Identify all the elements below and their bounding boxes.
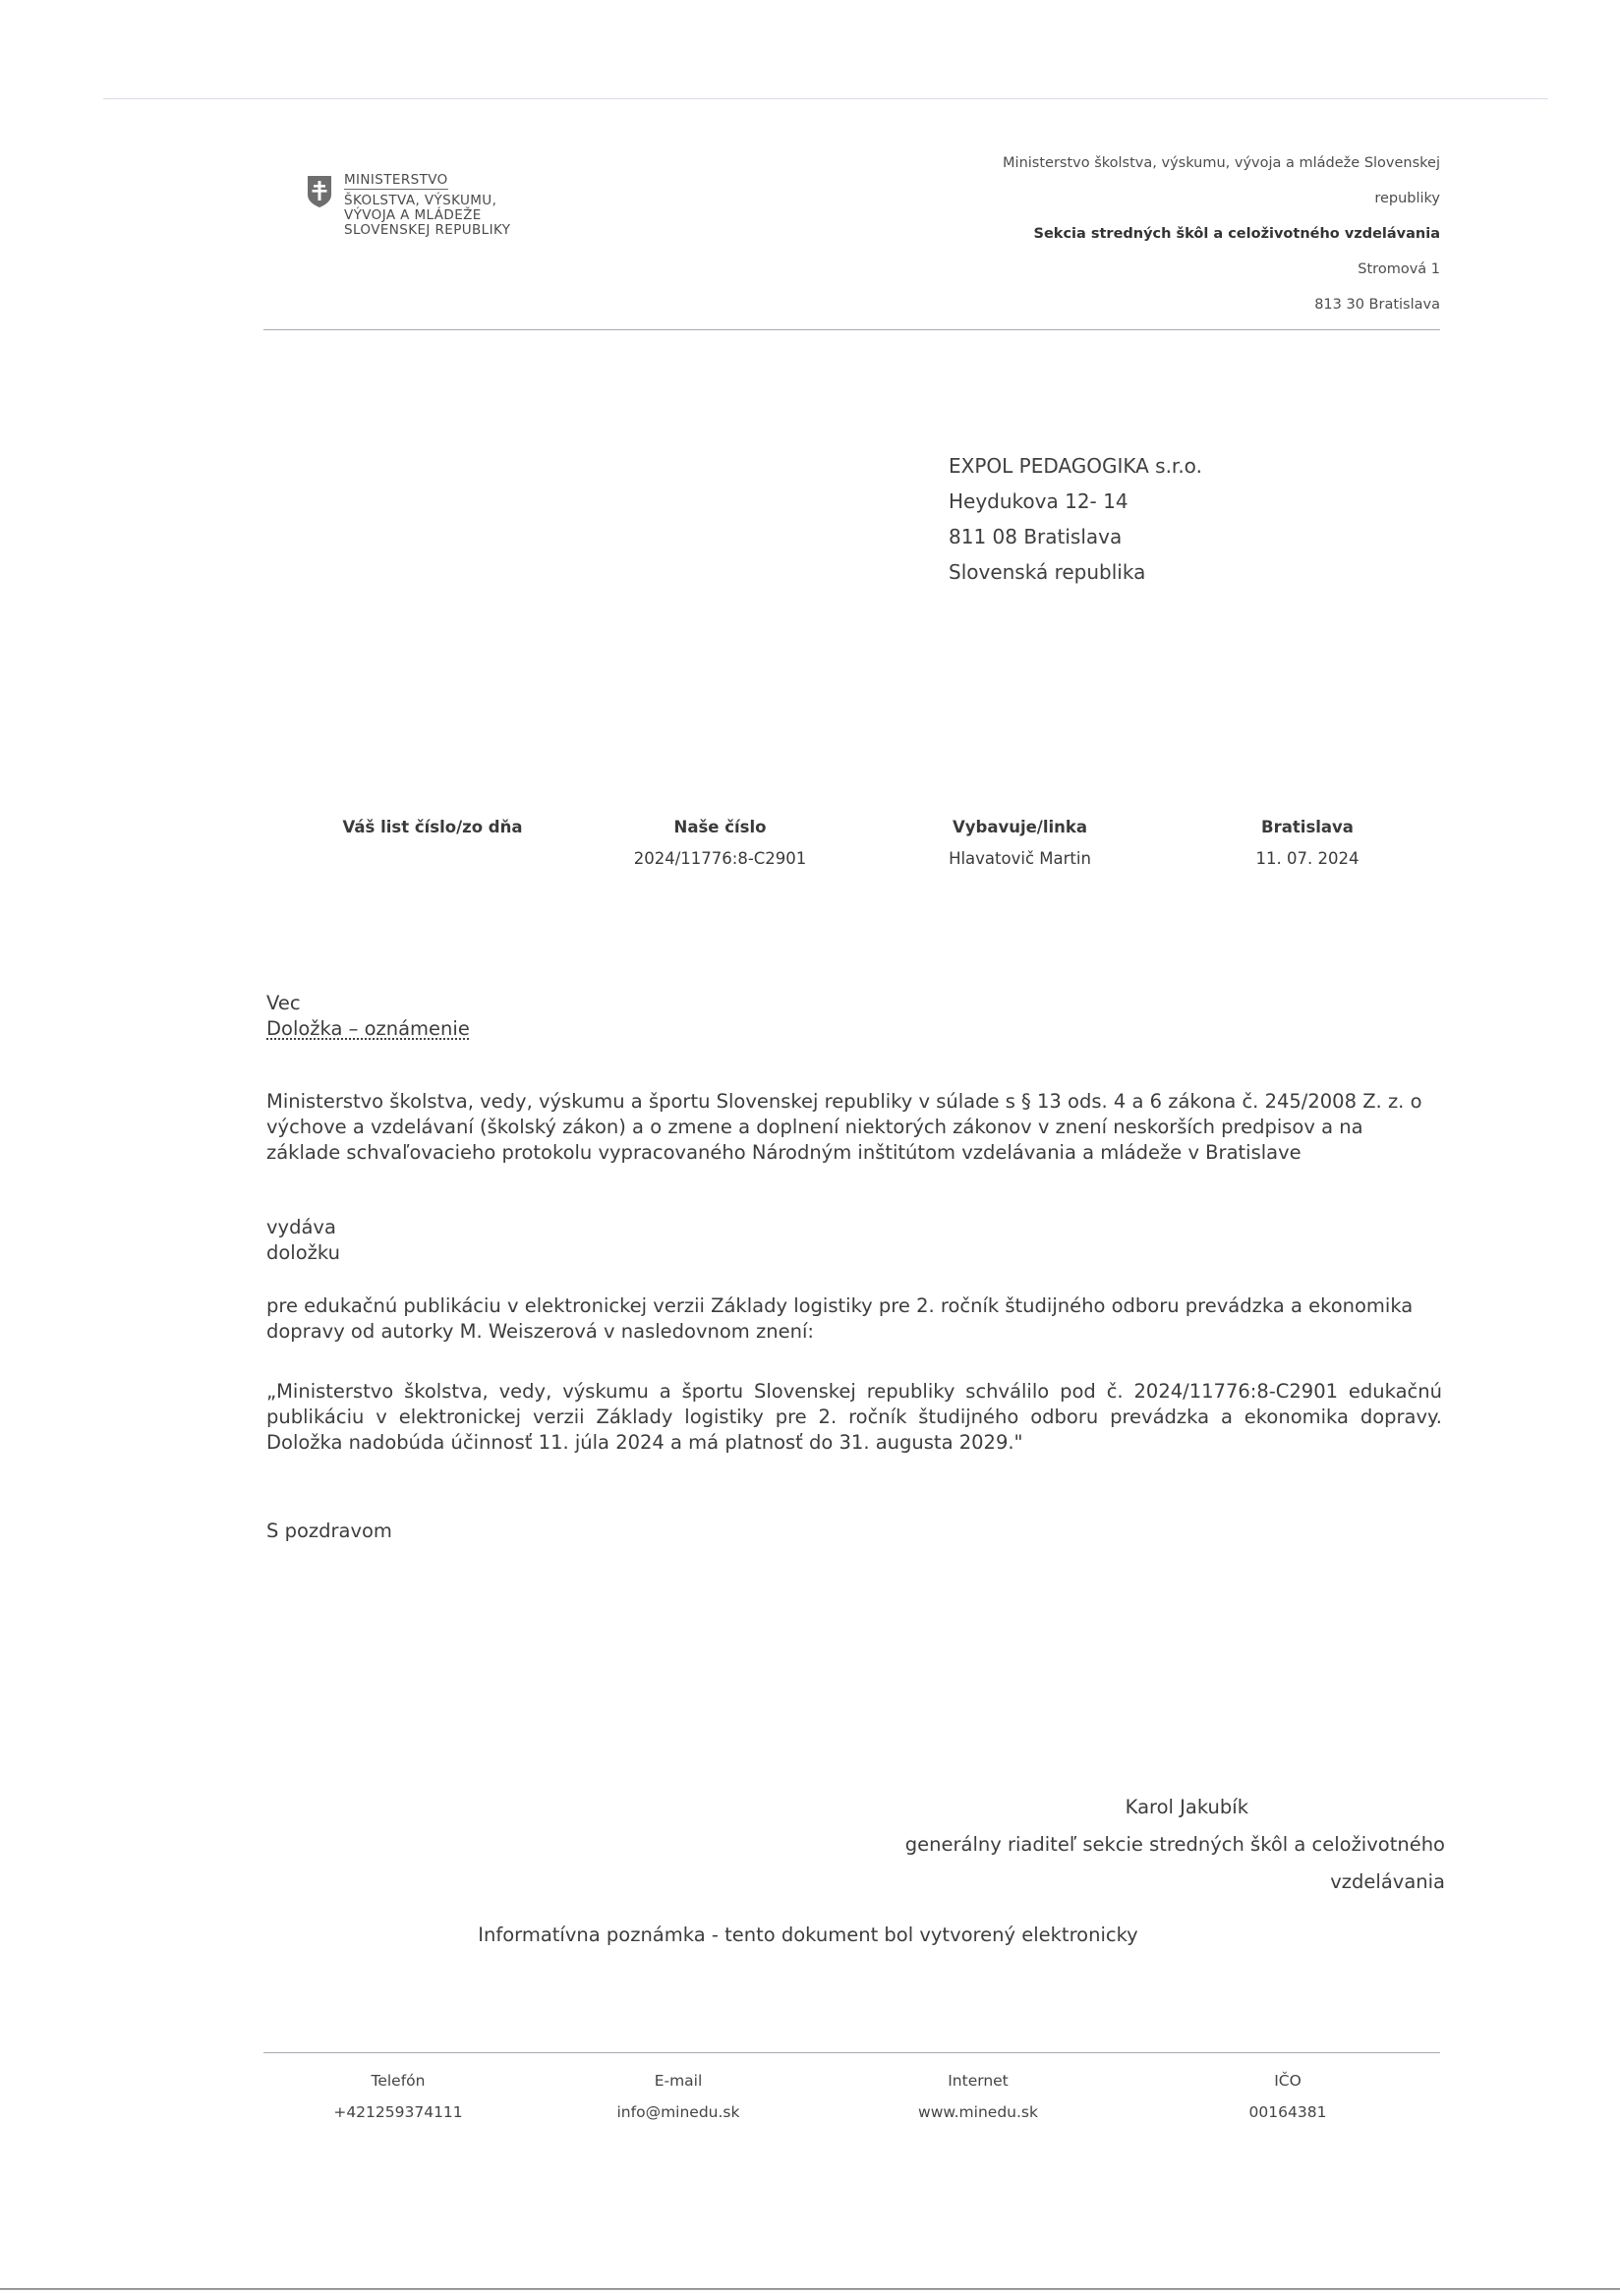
scan-artifact-line [103,98,1548,99]
recipient-street: Heydukova 12- 14 [949,484,1202,519]
body-paragraph-2: pre edukačnú publikáciu v elektronickej … [266,1293,1442,1345]
recipient-address: EXPOL PEDAGOGIKA s.r.o. Heydukova 12- 14… [949,448,1202,590]
sender-section: Sekcia stredných škôl a celoživotného vz… [1003,216,1440,252]
footer-label-internet: Internet [826,2072,1130,2090]
ref-value-handled-by: Hlavatovič Martin [870,849,1170,868]
informative-note-text: Informatívna poznámka - tento dokument b… [478,1923,1137,1946]
sender-name: Ministerstvo školstva, výskumu, vývoja a… [1003,145,1440,181]
subject-label: Vec [266,991,1442,1016]
footer-contacts: Telefón E-mail Internet IČO +42125937411… [265,2072,1445,2121]
logo-line: MINISTERSTVO [344,173,448,190]
footer-label-phone: Telefón [265,2072,531,2090]
slovak-coat-of-arms-icon [307,175,332,208]
logo-line: ŠKOLSTVA, VÝSKUMU, [344,194,510,208]
logo-line: VÝVOJA A MLÁDEŽE [344,208,510,223]
greeting: S pozdravom [266,1519,1442,1544]
sender-street: Stromová 1 [1003,252,1440,287]
recipient-city: 811 08 Bratislava [949,519,1202,554]
ref-header-place: Bratislava [1170,818,1445,836]
signature-block: Karol Jakubík generálny riaditeľ sekcie … [786,1789,1445,1901]
footer-value-ico: 00164381 [1130,2103,1445,2121]
issues-line: vydáva [266,1215,1442,1240]
ref-header-our-number: Naše číslo [570,818,870,836]
reference-table: Váš list číslo/zo dňa Naše číslo Vybavuj… [295,818,1445,868]
sender-address: Ministerstvo školstva, výskumu, vývoja a… [1003,145,1440,322]
issues-line: doložku [266,1240,1442,1266]
recipient-name: EXPOL PEDAGOGIKA s.r.o. [949,448,1202,484]
footer-label-ico: IČO [1130,2072,1445,2090]
header-divider [263,329,1440,330]
ministry-logo: MINISTERSTVO ŠKOLSTVA, VÝSKUMU, VÝVOJA A… [307,173,510,238]
subject-block: Vec Doložka – oznámenie [266,991,1442,1042]
footer-value-internet: www.minedu.sk [826,2103,1130,2121]
scan-edge-line [0,2288,1620,2290]
ref-header-your-letter: Váš list číslo/zo dňa [295,818,570,836]
signer-name: Karol Jakubík [786,1789,1248,1826]
body-paragraph-3: „Ministerstvo školstva, vedy, výskumu a … [266,1379,1442,1456]
ref-value-date: 11. 07. 2024 [1170,849,1445,868]
body-paragraph-1: Ministerstvo školstva, vedy, výskumu a š… [266,1089,1442,1166]
recipient-country: Slovenská republika [949,554,1202,590]
signer-title: generálny riaditeľ sekcie stredných škôl… [786,1826,1445,1901]
issues-block: vydáva doložku [266,1215,1442,1266]
ministry-logo-text: MINISTERSTVO ŠKOLSTVA, VÝSKUMU, VÝVOJA A… [344,173,510,238]
ref-header-handled-by: Vybavuje/linka [870,818,1170,836]
footer-value-phone: +421259374111 [265,2103,531,2121]
ref-value-our-number: 2024/11776:8-C2901 [570,849,870,868]
footer-value-email: info@minedu.sk [531,2103,826,2121]
footer-divider [263,2052,1440,2053]
subject-title: Doložka – oznámenie [266,1017,470,1040]
footer-label-email: E-mail [531,2072,826,2090]
ref-value-your-letter [295,849,570,868]
sender-city: 813 30 Bratislava [1003,287,1440,322]
informative-note: Informatívna poznámka - tento dokument b… [0,1923,1620,1946]
sender-name-cont: republiky [1003,181,1440,216]
logo-line: SLOVENSKEJ REPUBLIKY [344,223,510,238]
